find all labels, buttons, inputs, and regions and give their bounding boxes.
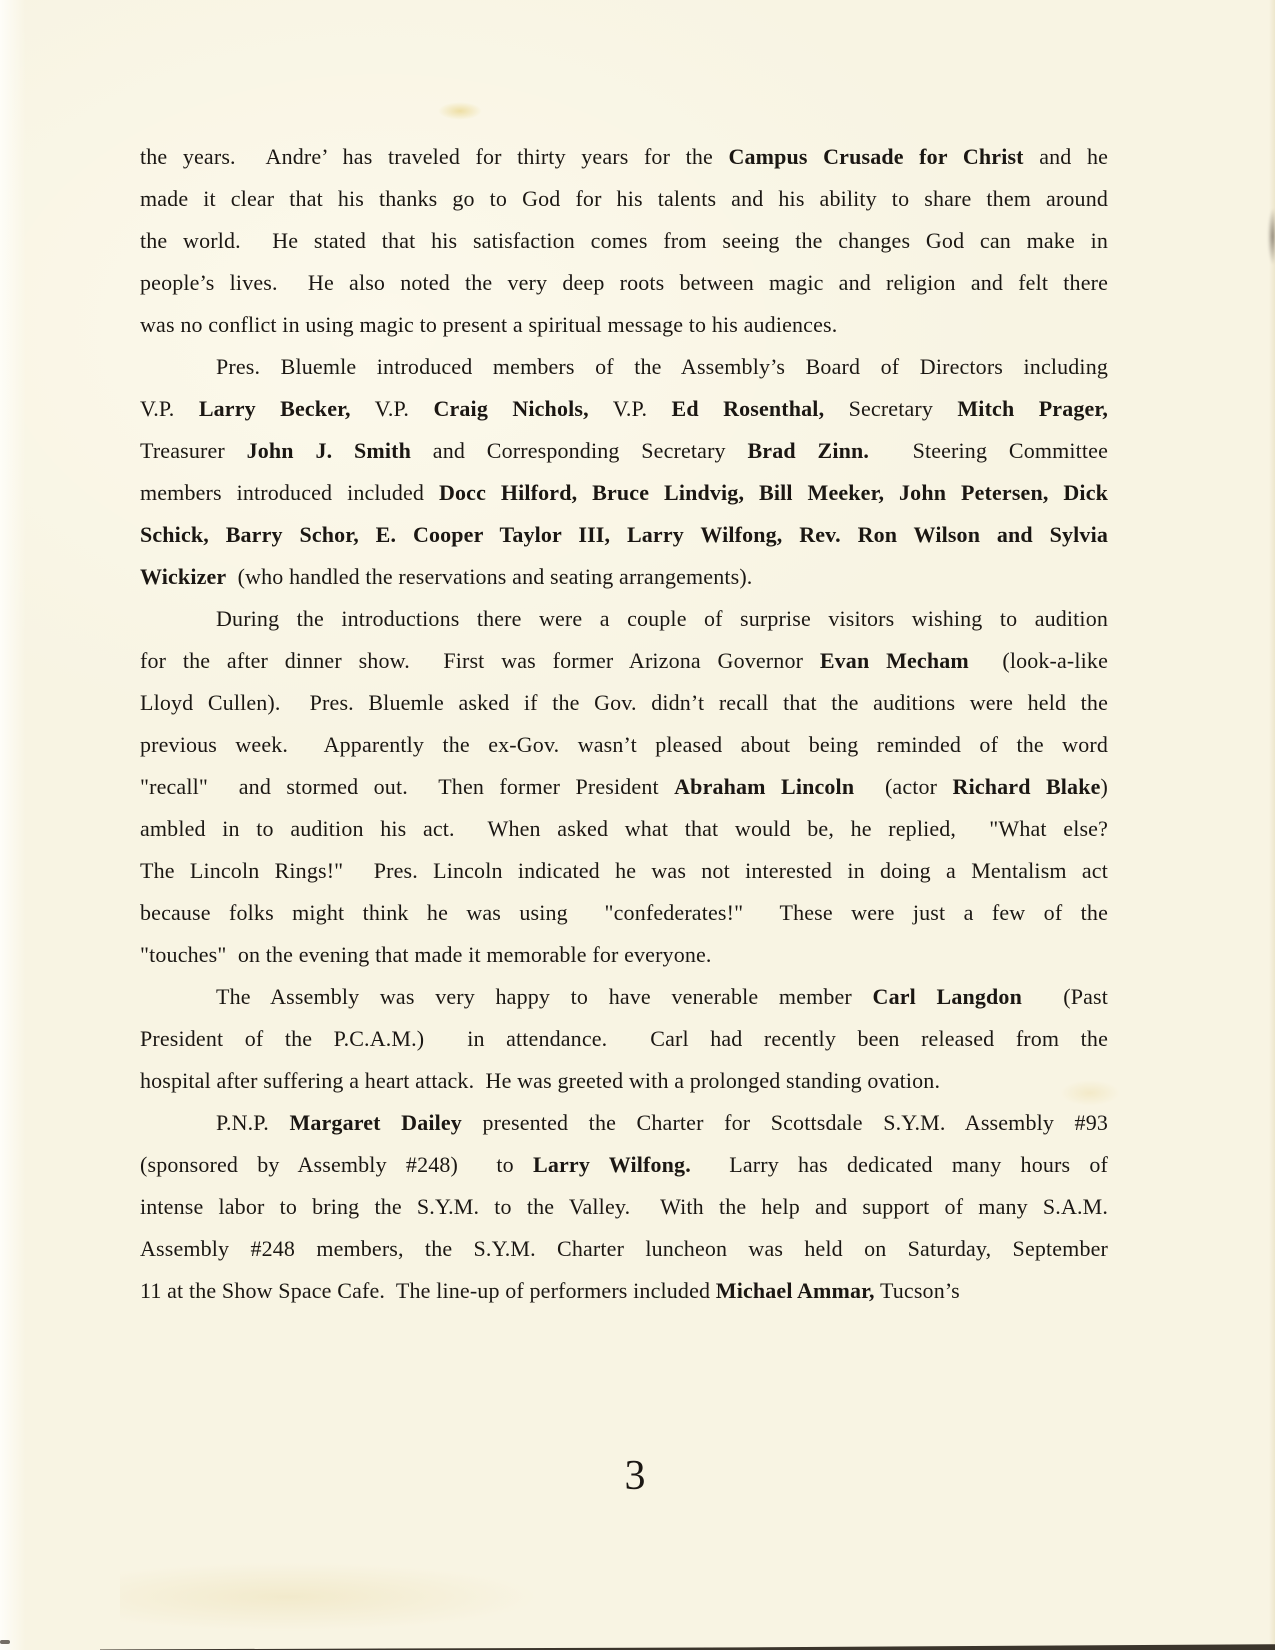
text-line: the world. He stated that his satisfacti…	[140, 220, 1108, 262]
text-segment: Lloyd Cullen). Pres. Bluemle asked if th…	[140, 690, 1108, 715]
bold-text-segment: Evan Mecham	[820, 648, 969, 673]
paragraph: The Assembly was very happy to have vene…	[140, 976, 1108, 1102]
text-segment: The Lincoln Rings!" Pres. Lincoln indica…	[140, 858, 1108, 883]
bold-text-segment: Docc Hilford, Bruce Lindvig, Bill Meeker…	[439, 480, 1108, 505]
text-line: Assembly #248 members, the S.Y.M. Charte…	[140, 1228, 1108, 1270]
paragraph: P.N.P. Margaret Dailey presented the Cha…	[140, 1102, 1108, 1312]
text-line: (sponsored by Assembly #248) to Larry Wi…	[140, 1144, 1108, 1186]
text-line: ambled in to audition his act. When aske…	[140, 808, 1108, 850]
text-line: The Lincoln Rings!" Pres. Lincoln indica…	[140, 850, 1108, 892]
paragraph: During the introductions there were a co…	[140, 598, 1108, 976]
text-segment: members introduced included	[140, 480, 439, 505]
text-segment: Secretary	[824, 396, 957, 421]
text-line: President of the P.C.A.M.) in attendance…	[140, 1018, 1108, 1060]
bold-text-segment: Margaret Dailey	[289, 1110, 462, 1135]
text-line: because folks might think he was using "…	[140, 892, 1108, 934]
text-line: intense labor to bring the S.Y.M. to the…	[140, 1186, 1108, 1228]
text-segment: "touches" on the evening that made it me…	[140, 942, 712, 967]
text-segment: Pres. Bluemle introduced members of the …	[216, 354, 1108, 379]
bold-text-segment: Campus Crusade for Christ	[728, 144, 1023, 169]
text-line: for the after dinner show. First was for…	[140, 640, 1108, 682]
text-segment: V.P.	[351, 396, 434, 421]
text-line: V.P. Larry Becker, V.P. Craig Nichols, V…	[140, 388, 1108, 430]
text-segment: the years. Andre’ has traveled for thirt…	[140, 144, 728, 169]
text-line: Treasurer John J. Smith and Correspondin…	[140, 430, 1108, 472]
paragraph: the years. Andre’ has traveled for thirt…	[140, 136, 1108, 346]
paper-stain-bottom	[120, 1562, 540, 1632]
text-segment: V.P.	[589, 396, 672, 421]
bold-text-segment: Larry Becker,	[199, 396, 351, 421]
text-line: "recall" and stormed out. Then former Pr…	[140, 766, 1108, 808]
text-segment: )	[1101, 774, 1108, 799]
bold-text-segment: Carl Langdon	[873, 984, 1022, 1009]
text-segment: for the after dinner show. First was for…	[140, 648, 820, 673]
text-segment: intense labor to bring the S.Y.M. to the…	[140, 1194, 1108, 1219]
text-segment: (sponsored by Assembly #248) to	[140, 1152, 533, 1177]
text-segment: Larry has dedicated many hours of	[691, 1152, 1108, 1177]
text-segment: ambled in to audition his act. When aske…	[140, 816, 1108, 841]
text-segment: Treasurer	[140, 438, 247, 463]
bold-text-segment: Brad Zinn.	[747, 438, 869, 463]
text-line: hospital after suffering a heart attack.…	[140, 1060, 1108, 1102]
paragraph-indent	[140, 625, 216, 626]
text-segment: President of the P.C.A.M.) in attendance…	[140, 1026, 1108, 1051]
paper-stain-top	[438, 102, 482, 120]
text-segment: (actor	[854, 774, 952, 799]
paper-page: the years. Andre’ has traveled for thirt…	[0, 0, 1275, 1650]
text-line: Wickizer (who handled the reservations a…	[140, 556, 1108, 598]
text-line: P.N.P. Margaret Dailey presented the Cha…	[140, 1102, 1108, 1144]
text-segment: "recall" and stormed out. Then former Pr…	[140, 774, 674, 799]
bold-text-segment: John J. Smith	[247, 438, 411, 463]
text-line: 11 at the Show Space Cafe. The line-up o…	[140, 1270, 1108, 1312]
scan-smudge-right-edge	[1264, 196, 1275, 286]
bold-text-segment: Mitch Prager,	[957, 396, 1108, 421]
text-segment: hospital after suffering a heart attack.…	[140, 1068, 940, 1093]
text-segment: During the introductions there were a co…	[216, 606, 1108, 631]
text-line: During the introductions there were a co…	[140, 598, 1108, 640]
bold-text-segment: Richard Blake	[953, 774, 1101, 799]
text-block: the years. Andre’ has traveled for thirt…	[140, 136, 1108, 1312]
text-segment: presented the Charter for Scottsdale S.Y…	[462, 1110, 1108, 1135]
text-line: "touches" on the evening that made it me…	[140, 934, 1108, 976]
text-segment: people’s lives. He also noted the very d…	[140, 270, 1108, 295]
paragraph-indent	[140, 1003, 216, 1004]
paragraph-indent	[140, 1129, 216, 1130]
text-segment: (Past	[1022, 984, 1108, 1009]
text-segment: (who handled the reservations and seatin…	[226, 564, 752, 589]
text-line: previous week. Apparently the ex-Gov. wa…	[140, 724, 1108, 766]
scan-mark-bottom-left	[0, 1640, 10, 1644]
text-segment: 11 at the Show Space Cafe. The line-up o…	[140, 1278, 716, 1303]
text-segment: Steering Committee	[869, 438, 1108, 463]
text-line: members introduced included Docc Hilford…	[140, 472, 1108, 514]
text-segment: V.P.	[140, 396, 199, 421]
text-line: the years. Andre’ has traveled for thirt…	[140, 136, 1108, 178]
text-line: Schick, Barry Schor, E. Cooper Taylor II…	[140, 514, 1108, 556]
text-segment: P.N.P.	[216, 1110, 289, 1135]
bold-text-segment: Michael Ammar,	[716, 1278, 875, 1303]
scan-line-bottom-edge	[100, 1643, 1275, 1650]
text-line: people’s lives. He also noted the very d…	[140, 262, 1108, 304]
text-line: The Assembly was very happy to have vene…	[140, 976, 1108, 1018]
bold-text-segment: Wickizer	[140, 564, 226, 589]
bold-text-segment: Larry Wilfong.	[533, 1152, 691, 1177]
text-line: Lloyd Cullen). Pres. Bluemle asked if th…	[140, 682, 1108, 724]
text-segment: previous week. Apparently the ex-Gov. wa…	[140, 732, 1108, 757]
text-line: made it clear that his thanks go to God …	[140, 178, 1108, 220]
paragraph: Pres. Bluemle introduced members of the …	[140, 346, 1108, 598]
text-line: Pres. Bluemle introduced members of the …	[140, 346, 1108, 388]
text-segment: Tucson’s	[875, 1278, 960, 1303]
text-line: was no conflict in using magic to presen…	[140, 304, 1108, 346]
text-segment: Assembly #248 members, the S.Y.M. Charte…	[140, 1236, 1108, 1261]
text-segment: The Assembly was very happy to have vene…	[216, 984, 873, 1009]
bold-text-segment: Abraham Lincoln	[674, 774, 854, 799]
text-segment: the world. He stated that his satisfacti…	[140, 228, 1108, 253]
text-segment: and he	[1024, 144, 1108, 169]
text-segment: and Corresponding Secretary	[411, 438, 747, 463]
bold-text-segment: Craig Nichols,	[433, 396, 588, 421]
bold-text-segment: Ed Rosenthal,	[672, 396, 825, 421]
text-segment: because folks might think he was using "…	[140, 900, 1108, 925]
text-segment: (look-a-like	[969, 648, 1108, 673]
scanned-newsletter-page: { "page": { "number": "3", "paper_color"…	[0, 0, 1275, 1650]
text-segment: was no conflict in using magic to presen…	[140, 312, 837, 337]
page-number: 3	[0, 1455, 1270, 1497]
bold-text-segment: Schick, Barry Schor, E. Cooper Taylor II…	[140, 522, 1108, 547]
paragraph-indent	[140, 373, 216, 374]
text-segment: made it clear that his thanks go to God …	[140, 186, 1108, 211]
